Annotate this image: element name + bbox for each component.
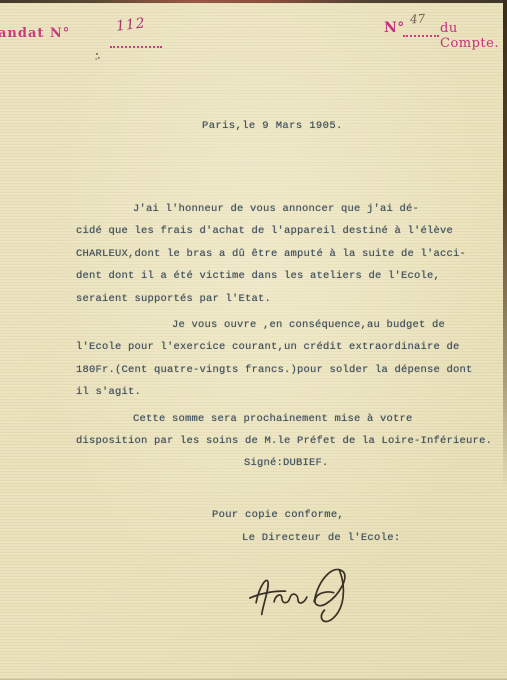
scan-edge-top <box>0 0 507 3</box>
body-line: l'Ecole pour l'exercice courant,un crédi… <box>76 336 496 358</box>
mandat-stamp-label: andat N° <box>0 26 70 41</box>
body-line: J'ai l'honneur de vous annoncer que j'ai… <box>76 198 496 220</box>
body-line: cidé que les frais d'achat de l'appareil… <box>76 220 496 242</box>
handwritten-signature <box>236 560 380 639</box>
compte-dotted-line <box>403 35 439 37</box>
mandat-number-handwritten: 112 <box>115 15 146 35</box>
pencil-smudge <box>96 53 99 56</box>
body-line: seraient supportés par l'Etat. <box>76 288 496 310</box>
body-line: dent dont il a été victime dans les atel… <box>76 265 496 287</box>
body-line: CHARLEUX,dont le bras a dû être amputé à… <box>76 243 496 265</box>
letter-body: J'ai l'honneur de vous annoncer que j'ai… <box>76 198 496 475</box>
closing-directeur: Le Directeur de l'Ecole: <box>242 532 400 544</box>
body-line: 180Fr.(Cent quatre-vingts francs.)pour s… <box>76 359 496 381</box>
compte-stamp: N° 47 du Compte. <box>384 12 504 42</box>
compte-stamp-prefix: N° <box>384 20 405 36</box>
compte-number-handwritten: 47 <box>410 11 426 26</box>
mandat-stamp: andat N° 112 <box>0 20 184 54</box>
body-line: il s'agit. <box>76 381 496 403</box>
compte-stamp-suffix: du Compte. <box>440 21 504 51</box>
body-line: Je vous ouvre ,en conséquence,au budget … <box>76 314 496 336</box>
signed-line: Signé:DUBIEF. <box>76 452 496 474</box>
scan-edge-right <box>503 0 507 680</box>
body-line: Cette somme sera prochainement mise à vo… <box>76 408 496 430</box>
dateline: Paris,le 9 Mars 1905. <box>202 120 343 132</box>
body-line: disposition par les soins de M.le Préfet… <box>76 430 496 452</box>
mandat-dotted-line <box>110 46 162 48</box>
closing-copie-conforme: Pour copie conforme, <box>212 509 344 521</box>
scanned-letter-page: andat N° 112 N° 47 du Compte. Paris,le 9… <box>0 0 507 680</box>
